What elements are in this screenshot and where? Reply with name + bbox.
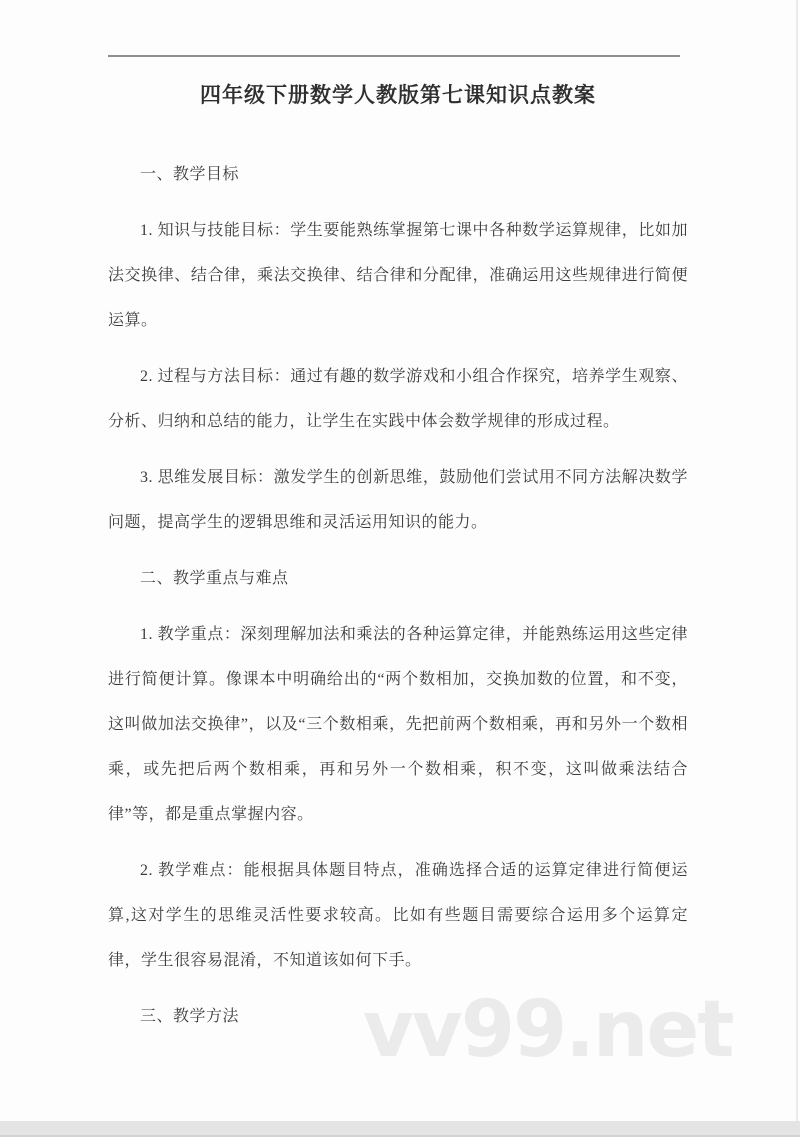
section-heading-teaching-objectives: 一、教学目标 [108,152,688,197]
page-right-edge [796,0,798,1121]
document-body: 四年级下册数学人教版第七课知识点教案 一、教学目标 1. 知识与技能目标：学生要… [108,80,688,1050]
document-page: 四年级下册数学人教版第七课知识点教案 一、教学目标 1. 知识与技能目标：学生要… [0,0,800,1137]
section-heading-key-difficult-points: 二、教学重点与难点 [108,556,688,601]
document-title: 四年级下册数学人教版第七课知识点教案 [108,80,688,110]
bottom-bar [0,1121,800,1137]
paragraph-teaching-key-points: 1. 教学重点：深刻理解加法和乘法的各种运算定律，并能熟练运用这些定律进行简便计… [108,612,688,837]
paragraph-thinking-development-objective: 3. 思维发展目标：激发学生的创新思维，鼓励他们尝试用不同方法解决数学问题，提高… [108,455,688,545]
header-rule-divider [108,55,680,57]
paragraph-knowledge-skill-objective: 1. 知识与技能目标：学生要能熟练掌握第七课中各种数学运算规律，比如加法交换律、… [108,208,688,343]
paragraph-process-method-objective: 2. 过程与方法目标：通过有趣的数学游戏和小组合作探究，培养学生观察、分析、归纳… [108,354,688,444]
site-watermark: vv99.net [363,985,733,1075]
paragraph-teaching-difficult-points: 2. 教学难点：能根据具体题目特点，准确选择合适的运算定律进行简便运算,这对学生… [108,848,688,983]
